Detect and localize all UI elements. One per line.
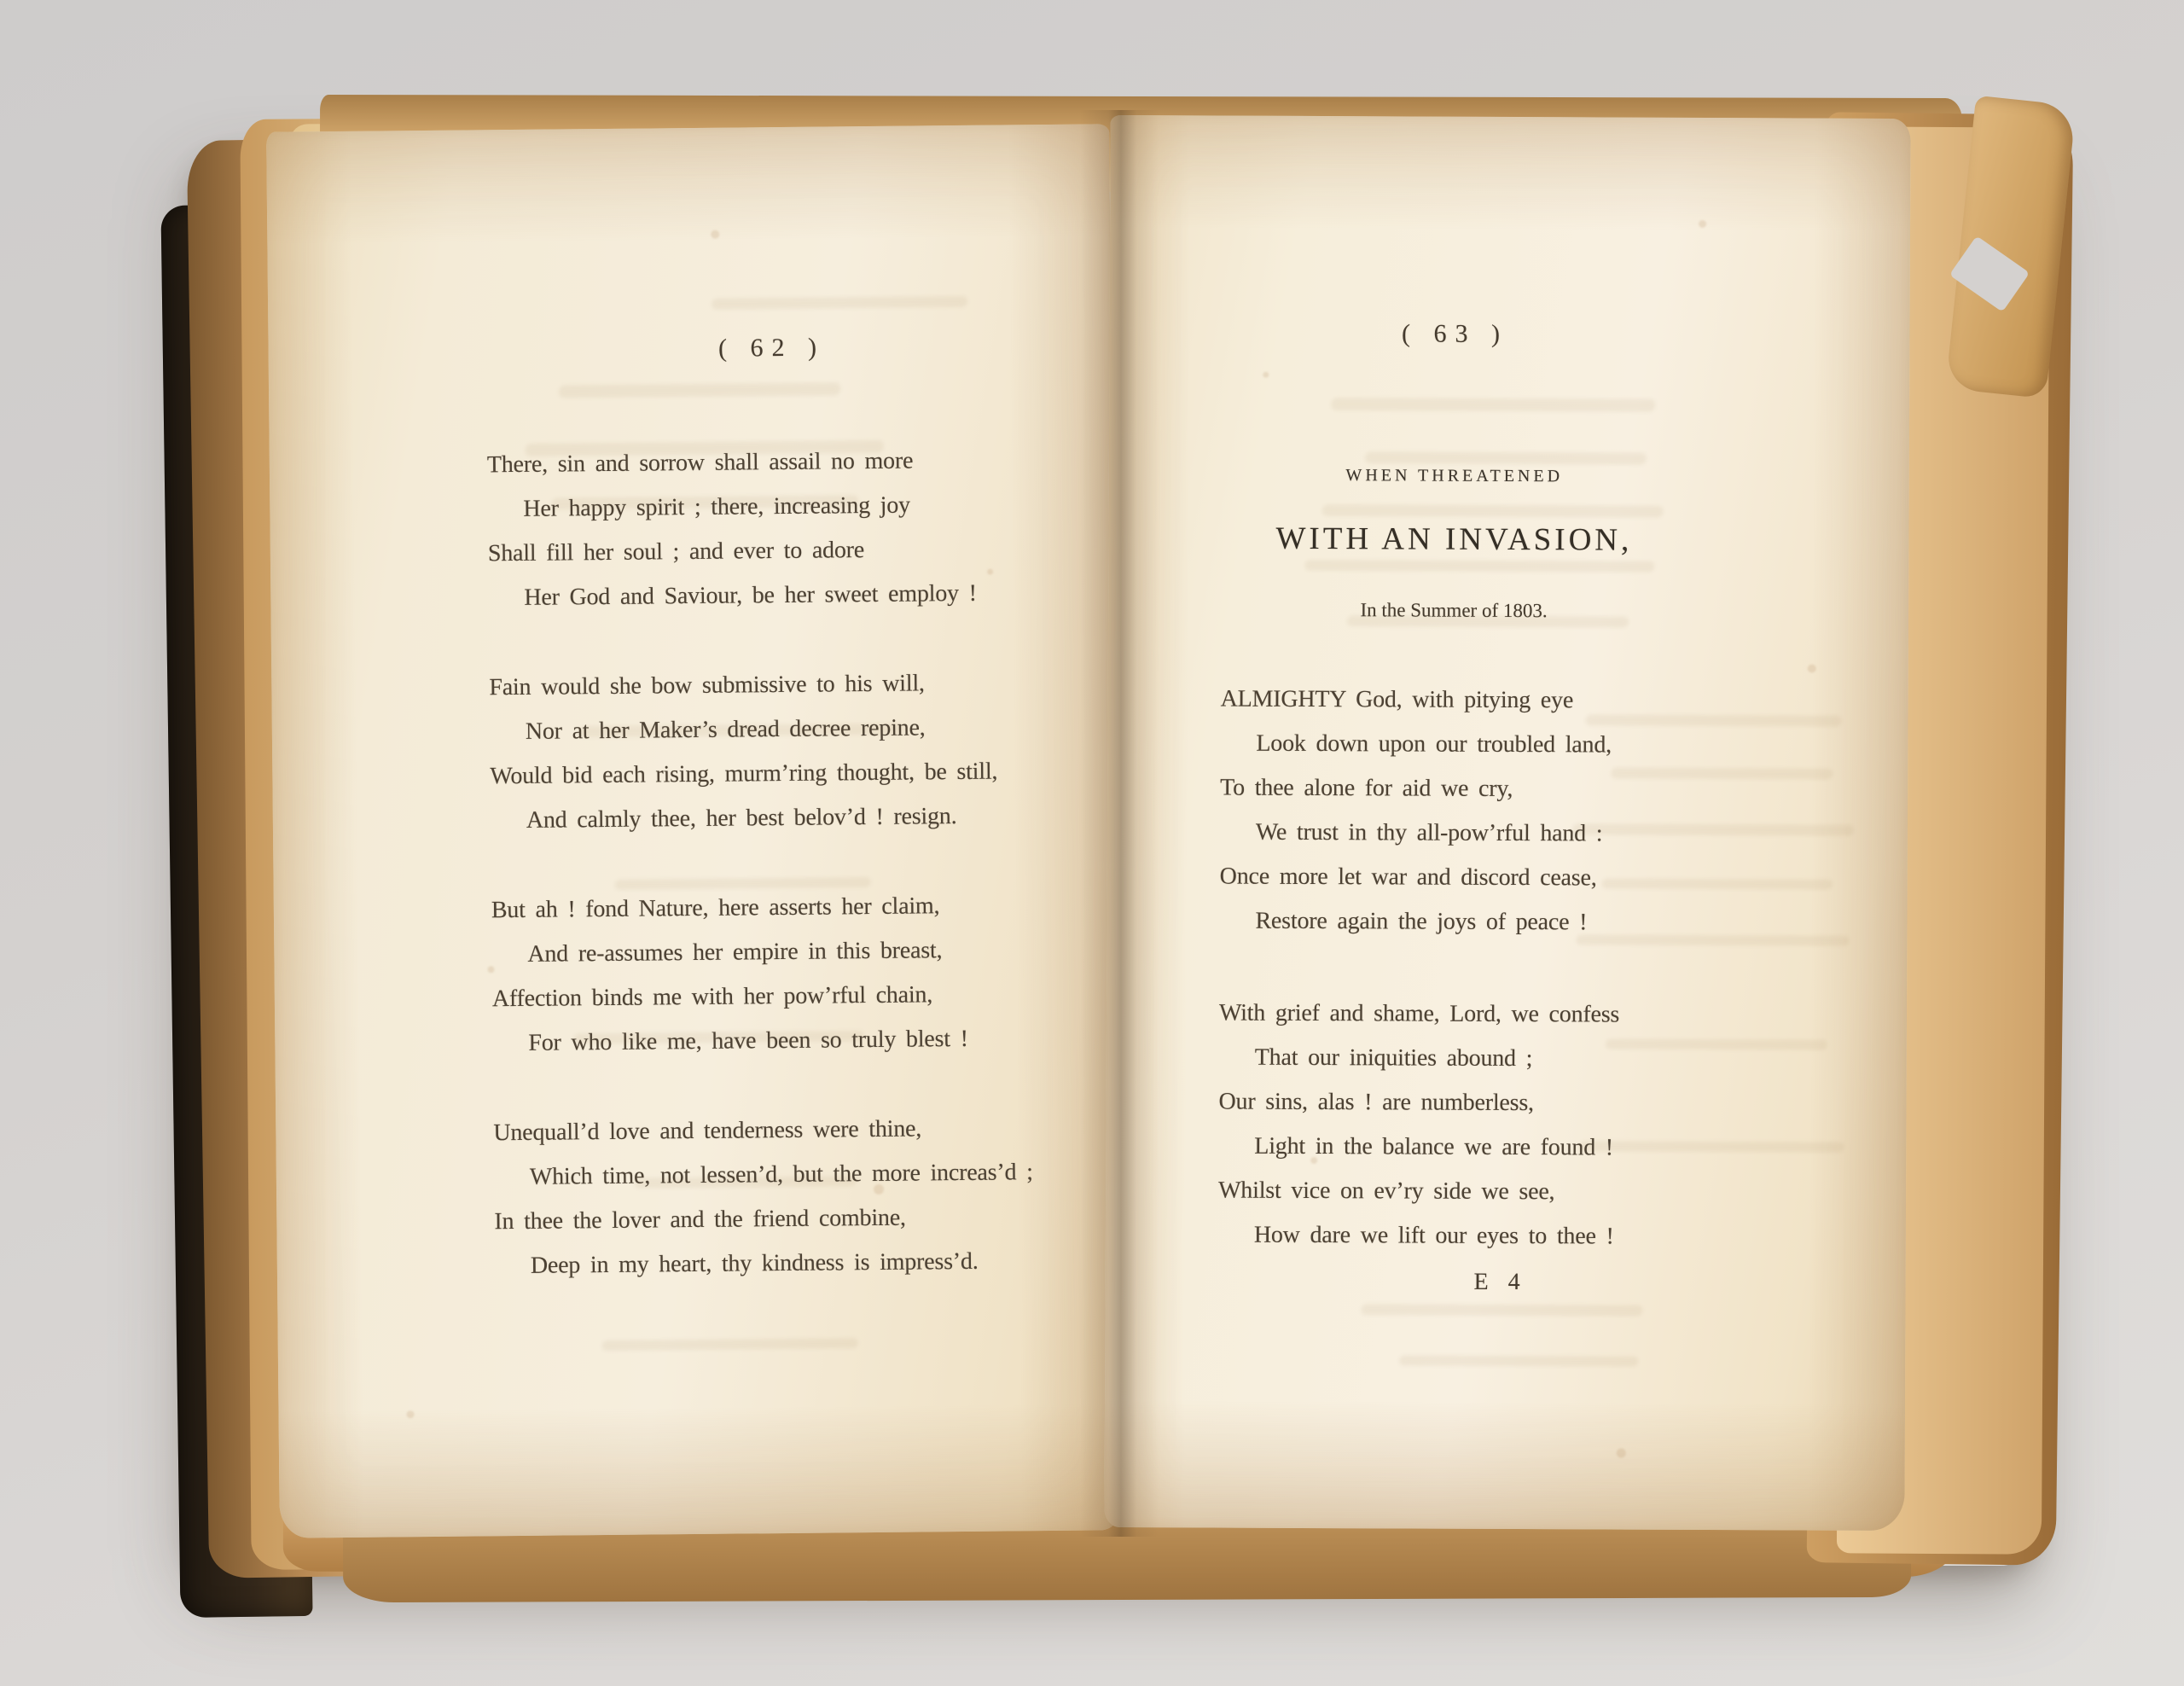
poem-line: Would bid each rising, murm’ring thought… <box>490 750 967 799</box>
poem-line: Affection binds me with her pow’rful cha… <box>492 973 970 1021</box>
foxing-spot <box>1808 665 1816 673</box>
page-number-left: ( 62 ) <box>549 332 993 365</box>
photo-background: ( 62 ) There, sin and sorrow shall assai… <box>0 0 2184 1686</box>
poem-line: And calmly thee, her best belov’d ! resi… <box>491 794 968 843</box>
stanza: With grief and shame, Lord, we confessTh… <box>1218 991 1714 1260</box>
poem-line: Which time, not lessen’d, but the more i… <box>494 1151 972 1200</box>
poem-line: Nor at her Maker’s dread decree repine, <box>490 706 967 754</box>
poem-subtitle: In the Summer of 1803. <box>1198 598 1710 623</box>
poem-line: How dare we lift our eyes to thee ! <box>1218 1213 1713 1260</box>
poem-line: And re-assumes her empire in this breast… <box>491 928 969 977</box>
poem-line: ALMIGHTY God, with pitying eye <box>1221 677 1716 724</box>
show-through-text <box>1399 1355 1639 1366</box>
open-book: ( 62 ) There, sin and sorrow shall assai… <box>145 73 2082 1617</box>
page-number-right: ( 63 ) <box>1220 319 1689 350</box>
show-through-text <box>601 1338 858 1351</box>
left-page: ( 62 ) There, sin and sorrow shall assai… <box>266 124 1123 1538</box>
stanza: Fain would she bow submissive to his wil… <box>489 661 968 843</box>
poem-line: Her God and Saviour, be her sweet employ… <box>488 572 966 620</box>
poem-line: Light in the balance we are found ! <box>1218 1125 1713 1171</box>
poem-line: In thee the lover and the friend combine… <box>494 1195 972 1244</box>
foxing-spot <box>1699 220 1706 228</box>
show-through-text <box>1331 398 1656 412</box>
foxing-spot <box>987 569 993 575</box>
show-through-text <box>559 382 841 398</box>
poem-line: Restore again the joys of peace ! <box>1219 899 1714 946</box>
poem-line: Look down upon our troubled land, <box>1220 722 1715 769</box>
right-page-poem: ALMIGHTY God, with pitying eyeLook down … <box>1218 677 1716 1308</box>
poem-line: Deep in my heart, thy kindness is impres… <box>495 1240 973 1288</box>
poem-heading-large: WITH AN INVASION, <box>1155 520 1752 559</box>
poem-line: Whilst vice on ev’ry side we see, <box>1218 1169 1713 1216</box>
poem-heading-small: WHEN THREATENED <box>1199 465 1711 487</box>
stanza: But ah ! fond Nature, here asserts her c… <box>491 884 971 1066</box>
poem-line: That our iniquities abound ; <box>1219 1036 1714 1083</box>
stanza: There, sin and sorrow shall assail no mo… <box>487 439 967 620</box>
foxing-spot <box>1617 1449 1626 1458</box>
signature-mark: E 4 <box>1218 1268 1527 1297</box>
poem-line: We trust in thy all-pow’rful hand : <box>1220 811 1715 858</box>
poem-line: To thee alone for aid we cry, <box>1220 766 1715 813</box>
poem-line: Our sins, alas ! are numberless, <box>1218 1080 1713 1127</box>
show-through-text <box>712 296 968 310</box>
show-through-text <box>1321 504 1664 518</box>
poem-line: For who like me, have been so truly bles… <box>492 1017 970 1066</box>
right-page: ( 63 ) WHEN THREATENED WITH AN INVASION,… <box>1104 115 1910 1531</box>
left-page-poem: There, sin and sorrow shall assail no mo… <box>487 439 973 1334</box>
poem-line: Once more let war and discord cease, <box>1220 855 1715 902</box>
show-through-text <box>1304 560 1655 573</box>
foxing-spot <box>407 1410 415 1418</box>
poem-line: With grief and shame, Lord, we confess <box>1219 991 1714 1038</box>
poem-line: There, sin and sorrow shall assail no mo… <box>487 439 965 487</box>
foxing-spot <box>1263 372 1269 378</box>
foxing-spot <box>711 230 719 239</box>
poem-line: Shall fill her soul ; and ever to adore <box>488 527 966 576</box>
show-through-text <box>1364 451 1647 464</box>
poem-line: Fain would she bow submissive to his wil… <box>489 661 967 710</box>
poem-line: Unequall’d love and tenderness were thin… <box>493 1107 971 1155</box>
stanza: ALMIGHTY God, with pitying eyeLook down … <box>1219 677 1715 946</box>
poem-line: Her happy spirit ; there, increasing joy <box>487 483 965 532</box>
poem-line: But ah ! fond Nature, here asserts her c… <box>491 884 969 933</box>
stanza: Unequall’d love and tenderness were thin… <box>493 1107 973 1288</box>
